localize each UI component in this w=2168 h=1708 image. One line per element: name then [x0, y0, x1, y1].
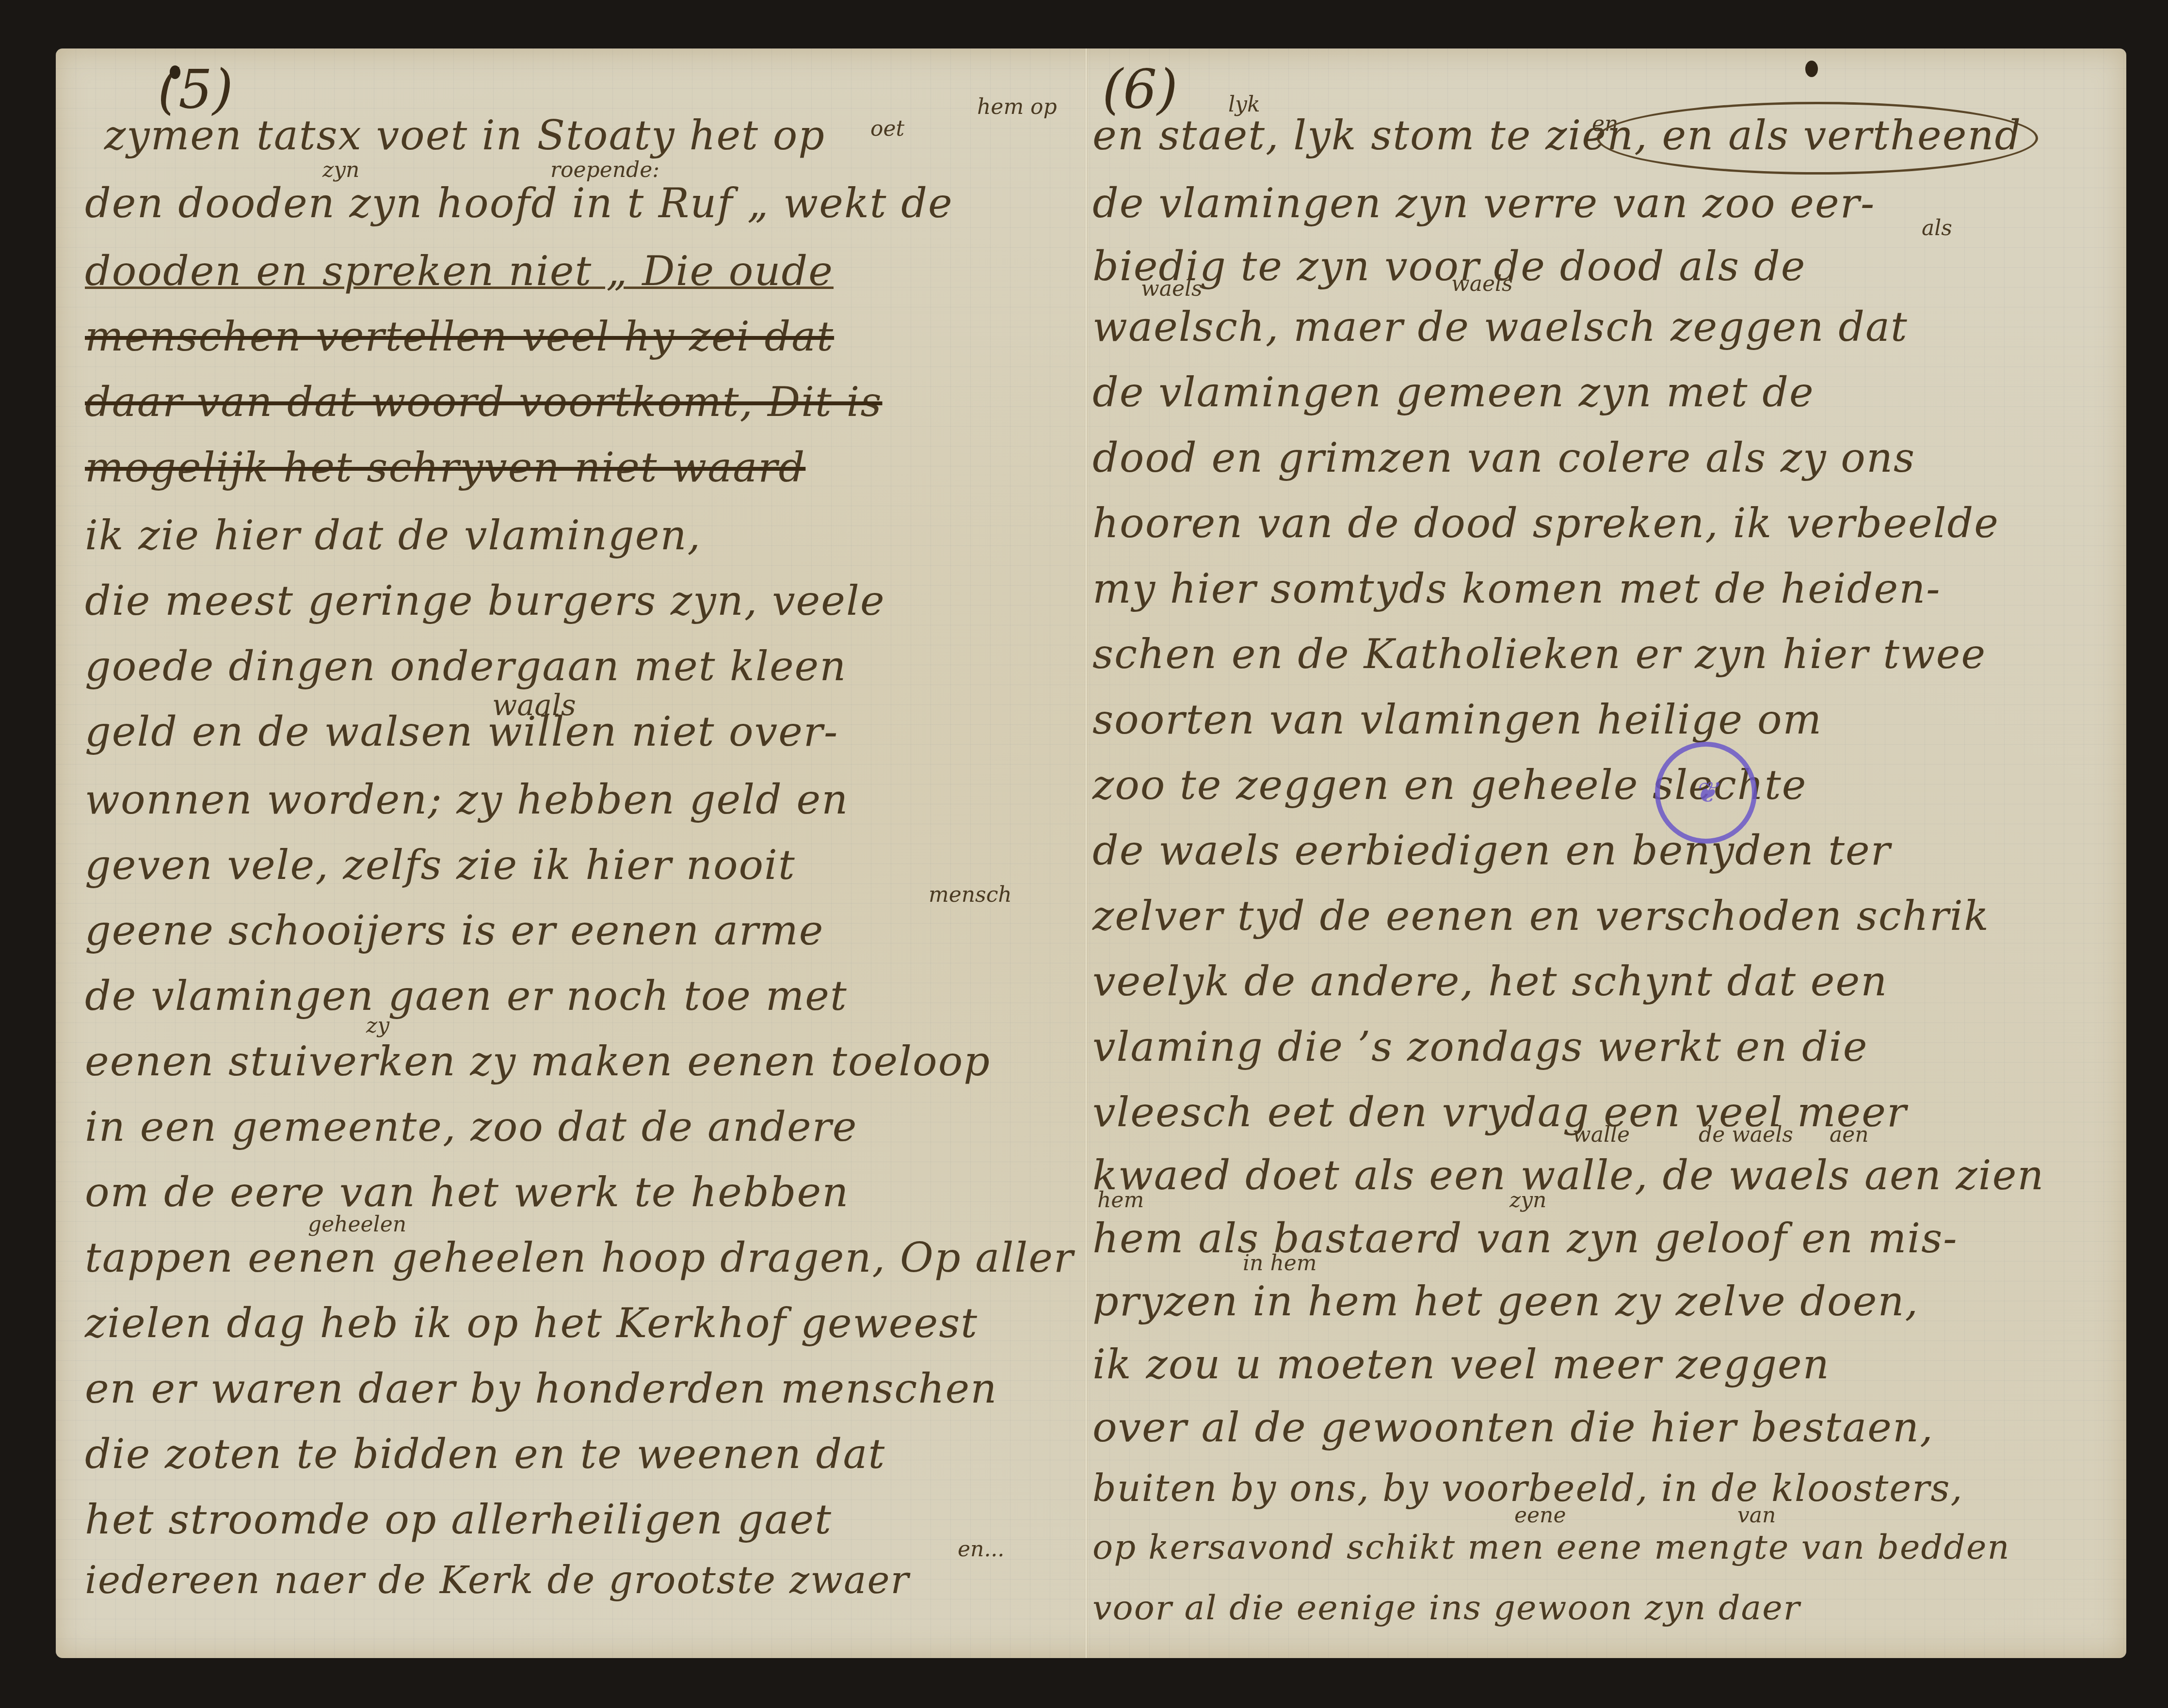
- manuscript-sheet: (5) hem op oet zymen tatsx voet in Stoat…: [56, 48, 2126, 1658]
- insertion: van: [1737, 1503, 1776, 1528]
- insertion: en...: [958, 1537, 1004, 1562]
- text-line: de vlamingen gaen er noch toe met: [85, 972, 848, 1020]
- insertion: waels: [1451, 271, 1513, 296]
- insertion: waels: [1141, 276, 1203, 301]
- page-number: (5): [158, 58, 233, 120]
- text-line: wonnen worden; zy hebben geld en: [85, 776, 849, 823]
- text-line: en er waren daer by honderden menschen: [85, 1365, 997, 1412]
- text-line: pryzen in hem het geen zy zelve doen,: [1092, 1277, 1919, 1325]
- text-line: de vlamingen zyn verre van zoo eer-: [1092, 179, 1875, 227]
- text-line: op kersavond schikt men eene mengte van …: [1092, 1527, 2010, 1567]
- library-stamp: ❦: [1655, 742, 1757, 844]
- text-line: hooren van de dood spreken, ik verbeelde: [1092, 499, 1999, 547]
- text-line-struck: daar van dat woord voortkomt, Dit is: [85, 378, 883, 426]
- text-line: ik zie hier dat de vlamingen,: [85, 511, 701, 559]
- text-line: hem als bastaerd van zyn geloof en mis-: [1092, 1214, 1958, 1262]
- text-line: vlaming die ’s zondags werkt en die: [1092, 1023, 1868, 1070]
- text-line: voor al die eenige ins gewoon zyn daer: [1092, 1588, 1800, 1628]
- stamp-monogram-icon: ❦: [1694, 776, 1718, 810]
- text-line: waelsch, maer de waelsch zeggen dat: [1092, 303, 1908, 351]
- text-line: veelyk de andere, het schynt dat een: [1092, 958, 1888, 1005]
- text-line: het stroomde op allerheiligen gaet: [85, 1496, 832, 1543]
- text-line: die meest geringe burgers zyn, veele: [85, 577, 885, 624]
- insertion: roepende:: [550, 158, 659, 182]
- text-line: dood en grimzen van colere als zy ons: [1092, 434, 1915, 481]
- text-line: zielen dag heb ik op het Kerkhof geweest: [85, 1299, 978, 1347]
- text-line: over al de gewoonten die hier bestaen,: [1092, 1404, 1934, 1451]
- insertion: hem op: [977, 95, 1057, 119]
- insertion: zy: [366, 1013, 389, 1038]
- text-line: die zoten te bidden en te weenen dat: [85, 1430, 885, 1478]
- text-line: in een gemeente, zoo dat de andere: [85, 1103, 858, 1150]
- left-page: (5) hem op oet zymen tatsx voet in Stoat…: [56, 48, 1085, 1658]
- text-line: schen en de Katholieken er zyn hier twee: [1092, 630, 1986, 678]
- insertion: zyn: [1510, 1188, 1546, 1213]
- page-number: (6): [1102, 58, 1178, 120]
- text-line: geven vele, zelfs zie ik hier nooit: [85, 841, 796, 889]
- insertion: zyn: [322, 158, 359, 182]
- insertion: de waels: [1699, 1122, 1793, 1147]
- insertion: walle: [1573, 1122, 1630, 1147]
- insertion: mensch: [929, 882, 1012, 907]
- text-line-struck: mogelijk het schryven niet waard: [85, 444, 805, 491]
- ink-blot: [1805, 61, 1818, 77]
- ink-blot: [170, 65, 180, 79]
- text-line: ik zou u moeten veel meer zeggen: [1092, 1341, 1830, 1388]
- insertion: eene: [1514, 1503, 1566, 1528]
- text-line: de waels eerbiedigen en benyden ter: [1092, 827, 1891, 874]
- text-line: dooden en spreken niet „ Die oude: [85, 247, 834, 295]
- insertion: geheelen: [308, 1212, 406, 1237]
- insertion: hem: [1097, 1188, 1144, 1213]
- text-line: zymen tatsx voet in Stoaty het op: [104, 112, 825, 159]
- text-line-struck: menschen vertellen veel hy zei dat: [85, 313, 834, 360]
- text-line: de vlamingen gemeen zyn met de: [1092, 368, 1815, 416]
- text-line: soorten van vlamingen heilige om: [1092, 696, 1822, 743]
- text-line: kwaed doet als een walle, de waels aen z…: [1092, 1151, 2044, 1199]
- text-line: eenen stuiverken zy maken eenen toeloop: [85, 1038, 991, 1085]
- text-line: den dooden zyn hoofd in t Ruf „ wekt de: [85, 179, 953, 227]
- text-line: om de eere van het werk te hebben: [85, 1168, 849, 1216]
- text-line: goede dingen ondergaan met kleen: [85, 642, 847, 690]
- text-line: geene schooijers is er eenen arme: [85, 907, 824, 954]
- insertion: oet: [870, 116, 904, 141]
- insertion: in hem: [1243, 1251, 1317, 1276]
- text-line: my hier somtyds komen met de heiden-: [1092, 565, 1941, 612]
- insertion: aen: [1830, 1122, 1869, 1147]
- right-page: (6) lyk en en staet, lyk stom te zien, e…: [1088, 48, 2126, 1658]
- insertion: als: [1922, 216, 1952, 240]
- text-line: zelver tyd de eenen en verschoden schrik: [1092, 892, 1990, 940]
- text-line: iedereen naer de Kerk de grootste zwaer: [85, 1559, 910, 1602]
- text-line: tappen eenen geheelen hoop dragen, Op al…: [85, 1234, 1074, 1281]
- text-line: geld en de walsen willen niet over-: [85, 708, 838, 755]
- text-line: en staet, lyk stom te zien, en als verth…: [1092, 112, 2022, 159]
